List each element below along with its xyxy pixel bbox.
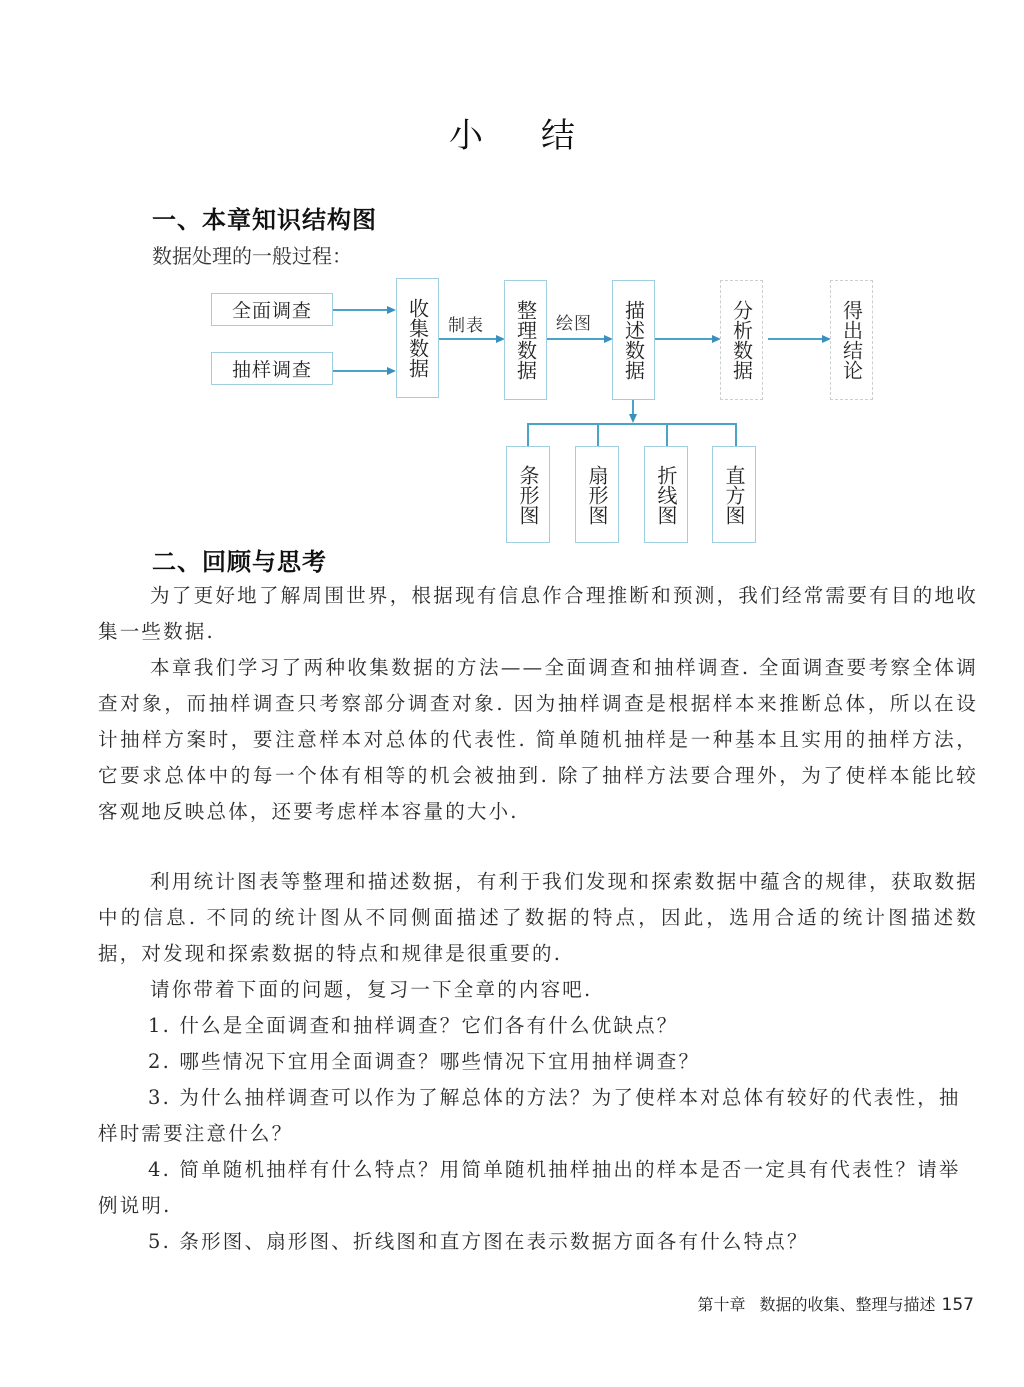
connector-line — [439, 338, 497, 340]
connector-line — [768, 338, 823, 340]
connector-line — [527, 423, 529, 447]
page-footer: 第十章数据的收集、整理与描述157 — [698, 1292, 974, 1315]
paragraph: 为了更好地了解周围世界，根据现有信息作合理推断和预测，我们经常需要有目的地收集一… — [98, 578, 978, 650]
footer-chapter: 第十章 — [698, 1295, 746, 1314]
connector-line — [527, 423, 737, 425]
review-question: 3. 为什么抽样调查可以作为了解总体的方法？为了使样本对总体有较好的代表性，抽样… — [98, 1080, 978, 1152]
chart-type-line: 折线图 — [644, 446, 688, 543]
review-question: 1. 什么是全面调查和抽样调查？它们各有什么优缺点？ — [98, 1008, 978, 1044]
arrow-right-icon — [387, 367, 396, 375]
chart-type-histogram: 直方图 — [712, 446, 756, 543]
connector-line — [655, 338, 713, 340]
connector-line — [632, 400, 634, 415]
connector-line — [333, 370, 388, 372]
edge-label-tabulate: 制表 — [448, 311, 484, 336]
box-sample-survey: 抽样调查 — [211, 352, 333, 385]
footer-chapter-title: 数据的收集、整理与描述 — [760, 1295, 936, 1314]
section-2-heading: 二、回顾与思考 — [152, 542, 327, 577]
connector-line — [333, 309, 388, 311]
connector-line — [547, 338, 605, 340]
arrow-down-icon — [629, 414, 637, 423]
arrow-right-icon — [387, 306, 396, 314]
connector-line — [597, 423, 599, 447]
paragraph: 请你带着下面的问题，复习一下全章的内容吧. — [98, 972, 978, 1008]
paragraph: 本章我们学习了两种收集数据的方法——全面调查和抽样调查. 全面调查要考察全体调查… — [98, 650, 978, 830]
step-organize-data: 整理数据 — [504, 280, 547, 400]
page-number: 157 — [942, 1295, 974, 1315]
review-question: 5. 条形图、扇形图、折线图和直方图在表示数据方面各有什么特点？ — [98, 1224, 978, 1260]
review-question: 2. 哪些情况下宜用全面调查？哪些情况下宜用抽样调查？ — [98, 1044, 978, 1080]
box-full-survey: 全面调查 — [211, 293, 333, 326]
edge-label-draw: 绘图 — [556, 309, 592, 334]
paragraph: 利用统计图表等整理和描述数据，有利于我们发现和探索数据中蕴含的规律，获取数据中的… — [98, 864, 978, 972]
step-describe-data: 描述数据 — [612, 280, 655, 400]
review-question: 4. 简单随机抽样有什么特点？用简单随机抽样抽出的样本是否一定具有代表性？请举例… — [98, 1152, 978, 1224]
step-collect-data: 收集数据 — [396, 278, 439, 398]
section-1-subtitle: 数据处理的一般过程： — [152, 240, 352, 269]
step-analyze-data: 分析数据 — [720, 280, 763, 400]
chart-type-pie: 扇形图 — [575, 446, 619, 543]
connector-line — [666, 423, 668, 447]
chart-type-bar: 条形图 — [506, 446, 550, 543]
connector-line — [735, 423, 737, 447]
page-title: 小结 — [0, 108, 1024, 157]
section-1-heading: 一、本章知识结构图 — [152, 200, 377, 235]
step-draw-conclusion: 得出结论 — [830, 280, 873, 400]
